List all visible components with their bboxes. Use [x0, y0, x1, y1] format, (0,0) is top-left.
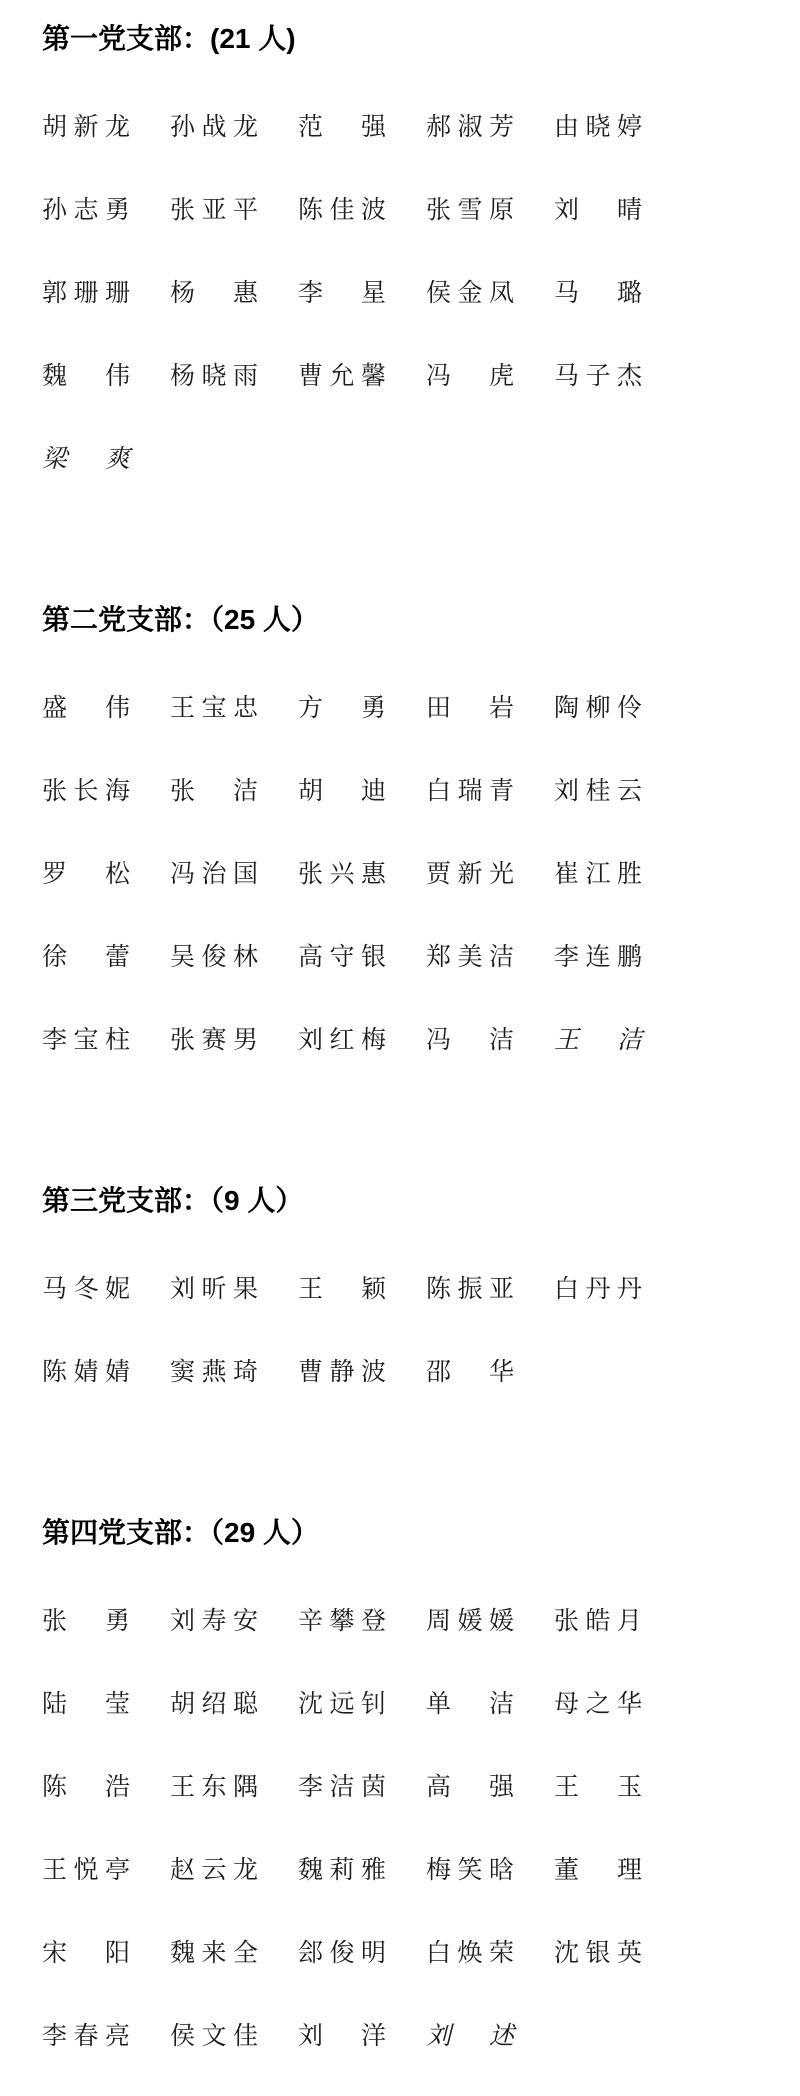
member-name: 白丹丹 — [554, 1269, 642, 1305]
member-name: 陈婧婧 — [42, 1352, 130, 1388]
member-name: 陶柳伶 — [554, 688, 642, 724]
member-name: 刘寿安 — [170, 1601, 258, 1637]
member-name: 马子杰 — [554, 356, 642, 392]
member-name: 沈银英 — [554, 1933, 642, 1969]
member-grid: 马冬妮刘昕果王 颖陈振亚白丹丹陈婧婧窦燕琦曹静波邵 华 — [42, 1245, 800, 1411]
member-name: 邵 华 — [426, 1352, 514, 1388]
member-name: 辛攀登 — [298, 1601, 386, 1637]
member-name: 陆 莹 — [42, 1684, 130, 1720]
member-name: 张亚平 — [170, 190, 258, 226]
member-name: 刘红梅 — [298, 1020, 386, 1056]
member-name: 高守银 — [298, 937, 386, 973]
branch-title: 第二党支部：（25 人） — [42, 581, 800, 664]
member-name: 冯 洁 — [426, 1020, 514, 1056]
member-name: 郭珊珊 — [42, 273, 130, 309]
member-name: 刘 述 — [426, 2016, 514, 2052]
member-name: 母之华 — [554, 1684, 642, 1720]
member-name: 郐俊明 — [298, 1933, 386, 1969]
member-name: 刘 洋 — [298, 2016, 386, 2052]
member-name: 张 勇 — [42, 1601, 130, 1637]
branch-section-2: 第二党支部：（25 人）盛 伟王宝忠方 勇田 岩陶柳伶张长海张 洁胡 迪白瑞青刘… — [42, 581, 800, 1079]
member-name: 王 洁 — [554, 1020, 642, 1056]
member-name: 魏来全 — [170, 1933, 258, 1969]
member-name: 王宝忠 — [170, 688, 258, 724]
member-name: 王 玉 — [554, 1767, 642, 1803]
member-name: 胡新龙 — [42, 107, 130, 143]
member-name: 王东隅 — [170, 1767, 258, 1803]
member-name: 郑美洁 — [426, 937, 514, 973]
member-grid: 盛 伟王宝忠方 勇田 岩陶柳伶张长海张 洁胡 迪白瑞青刘桂云罗 松冯治国张兴惠贾… — [42, 664, 800, 1079]
member-name: 王悦亭 — [42, 1850, 130, 1886]
member-name: 吴俊林 — [170, 937, 258, 973]
member-name: 张皓月 — [554, 1601, 642, 1637]
member-name: 白焕荣 — [426, 1933, 514, 1969]
member-name: 冯治国 — [170, 854, 258, 890]
member-name: 魏莉雅 — [298, 1850, 386, 1886]
member-name: 郝淑芳 — [426, 107, 514, 143]
member-name: 张赛男 — [170, 1020, 258, 1056]
member-name: 张雪原 — [426, 190, 514, 226]
branch-section-1: 第一党支部：(21 人)胡新龙孙战龙范 强郝淑芳由晓婷孙志勇张亚平陈佳波张雪原刘… — [42, 0, 800, 498]
roster-document: 第一党支部：(21 人)胡新龙孙战龙范 强郝淑芳由晓婷孙志勇张亚平陈佳波张雪原刘… — [0, 0, 800, 2075]
member-name: 马冬妮 — [42, 1269, 130, 1305]
member-name: 罗 松 — [42, 854, 130, 890]
branch-title: 第三党支部：（9 人） — [42, 1162, 800, 1245]
member-name: 窦燕琦 — [170, 1352, 258, 1388]
member-name: 范 强 — [298, 107, 386, 143]
member-name: 田 岩 — [426, 688, 514, 724]
member-name: 冯 虎 — [426, 356, 514, 392]
branch-title: 第一党支部：(21 人) — [42, 0, 800, 83]
member-name: 陈振亚 — [426, 1269, 514, 1305]
member-name: 马 璐 — [554, 273, 642, 309]
member-name: 徐 蕾 — [42, 937, 130, 973]
member-name: 赵云龙 — [170, 1850, 258, 1886]
member-name: 刘 晴 — [554, 190, 642, 226]
member-name: 周媛媛 — [426, 1601, 514, 1637]
member-name: 孙战龙 — [170, 107, 258, 143]
branch-section-4: 第四党支部：（29 人）张 勇刘寿安辛攀登周媛媛张皓月陆 莹胡绍聪沈远钊单 洁母… — [42, 1494, 800, 2075]
member-grid: 张 勇刘寿安辛攀登周媛媛张皓月陆 莹胡绍聪沈远钊单 洁母之华陈 浩王东隅李洁茵高… — [42, 1577, 800, 2075]
member-name: 侯金凤 — [426, 273, 514, 309]
member-name: 董 理 — [554, 1850, 642, 1886]
member-name: 李宝柱 — [42, 1020, 130, 1056]
member-name: 胡 迪 — [298, 771, 386, 807]
member-name: 杨 惠 — [170, 273, 258, 309]
member-name: 方 勇 — [298, 688, 386, 724]
member-name: 白瑞青 — [426, 771, 514, 807]
branch-section-3: 第三党支部：（9 人）马冬妮刘昕果王 颖陈振亚白丹丹陈婧婧窦燕琦曹静波邵 华 — [42, 1162, 800, 1411]
member-name: 高 强 — [426, 1767, 514, 1803]
member-name: 贾新光 — [426, 854, 514, 890]
member-name: 曹静波 — [298, 1352, 386, 1388]
member-name: 王 颖 — [298, 1269, 386, 1305]
member-name: 单 洁 — [426, 1684, 514, 1720]
member-name: 李春亮 — [42, 2016, 130, 2052]
member-name: 刘昕果 — [170, 1269, 258, 1305]
member-grid: 胡新龙孙战龙范 强郝淑芳由晓婷孙志勇张亚平陈佳波张雪原刘 晴郭珊珊杨 惠李 星侯… — [42, 83, 800, 498]
member-name: 张 洁 — [170, 771, 258, 807]
member-name: 杨晓雨 — [170, 356, 258, 392]
member-name: 李 星 — [298, 273, 386, 309]
member-name: 崔江胜 — [554, 854, 642, 890]
member-name: 李连鹏 — [554, 937, 642, 973]
member-name: 刘桂云 — [554, 771, 642, 807]
member-name: 侯文佳 — [170, 2016, 258, 2052]
branch-title: 第四党支部：（29 人） — [42, 1494, 800, 1577]
member-name: 张兴惠 — [298, 854, 386, 890]
member-name: 宋 阳 — [42, 1933, 130, 1969]
member-name: 梅笑晗 — [426, 1850, 514, 1886]
member-name: 盛 伟 — [42, 688, 130, 724]
member-name: 孙志勇 — [42, 190, 130, 226]
member-name: 胡绍聪 — [170, 1684, 258, 1720]
member-name: 李洁茵 — [298, 1767, 386, 1803]
member-name: 曹允馨 — [298, 356, 386, 392]
member-name: 由晓婷 — [554, 107, 642, 143]
member-name: 梁 爽 — [42, 439, 130, 475]
member-name: 陈 浩 — [42, 1767, 130, 1803]
member-name: 陈佳波 — [298, 190, 386, 226]
member-name: 沈远钊 — [298, 1684, 386, 1720]
member-name: 魏 伟 — [42, 356, 130, 392]
member-name: 张长海 — [42, 771, 130, 807]
